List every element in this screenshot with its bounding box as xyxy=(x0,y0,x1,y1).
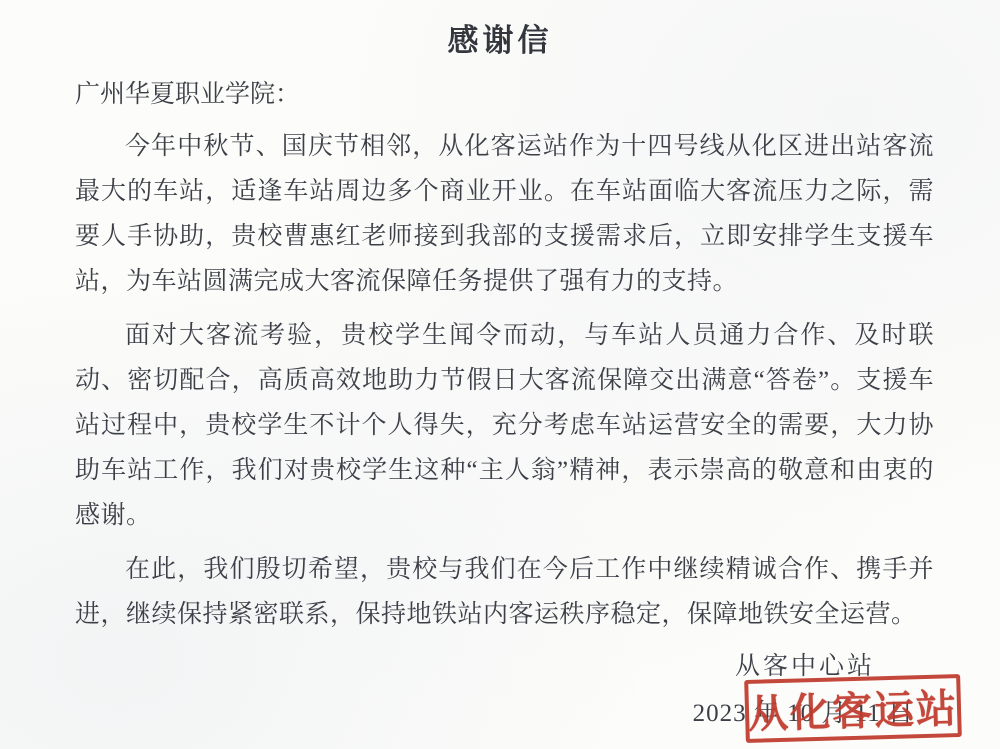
letter-paragraph-2: 面对大客流考验，贵校学生闻令而动，与车站人员通力合作、及时联动、密切配合，高质高… xyxy=(0,313,1000,538)
letter-salutation: 广州华夏职业学院： xyxy=(0,75,1000,115)
stamp-text: 从化客运站 xyxy=(747,677,959,740)
scanned-letter-page: 感谢信 广州华夏职业学院： 今年中秋节、国庆节相邻，从化客运站作为十四号线从化区… xyxy=(0,0,1000,749)
letter-paragraph-3: 在此，我们殷切希望，贵校与我们在今后工作中继续精诚合作、携手并进，继续保持紧密联… xyxy=(0,547,1000,637)
official-red-stamp: 从化客运站 xyxy=(744,674,962,743)
letter-paragraph-1: 今年中秋节、国庆节相邻，从化客运站作为十四号线从化区进出站客流最大的车站，适逢车… xyxy=(0,124,1000,304)
letter-title: 感谢信 xyxy=(0,0,1000,60)
